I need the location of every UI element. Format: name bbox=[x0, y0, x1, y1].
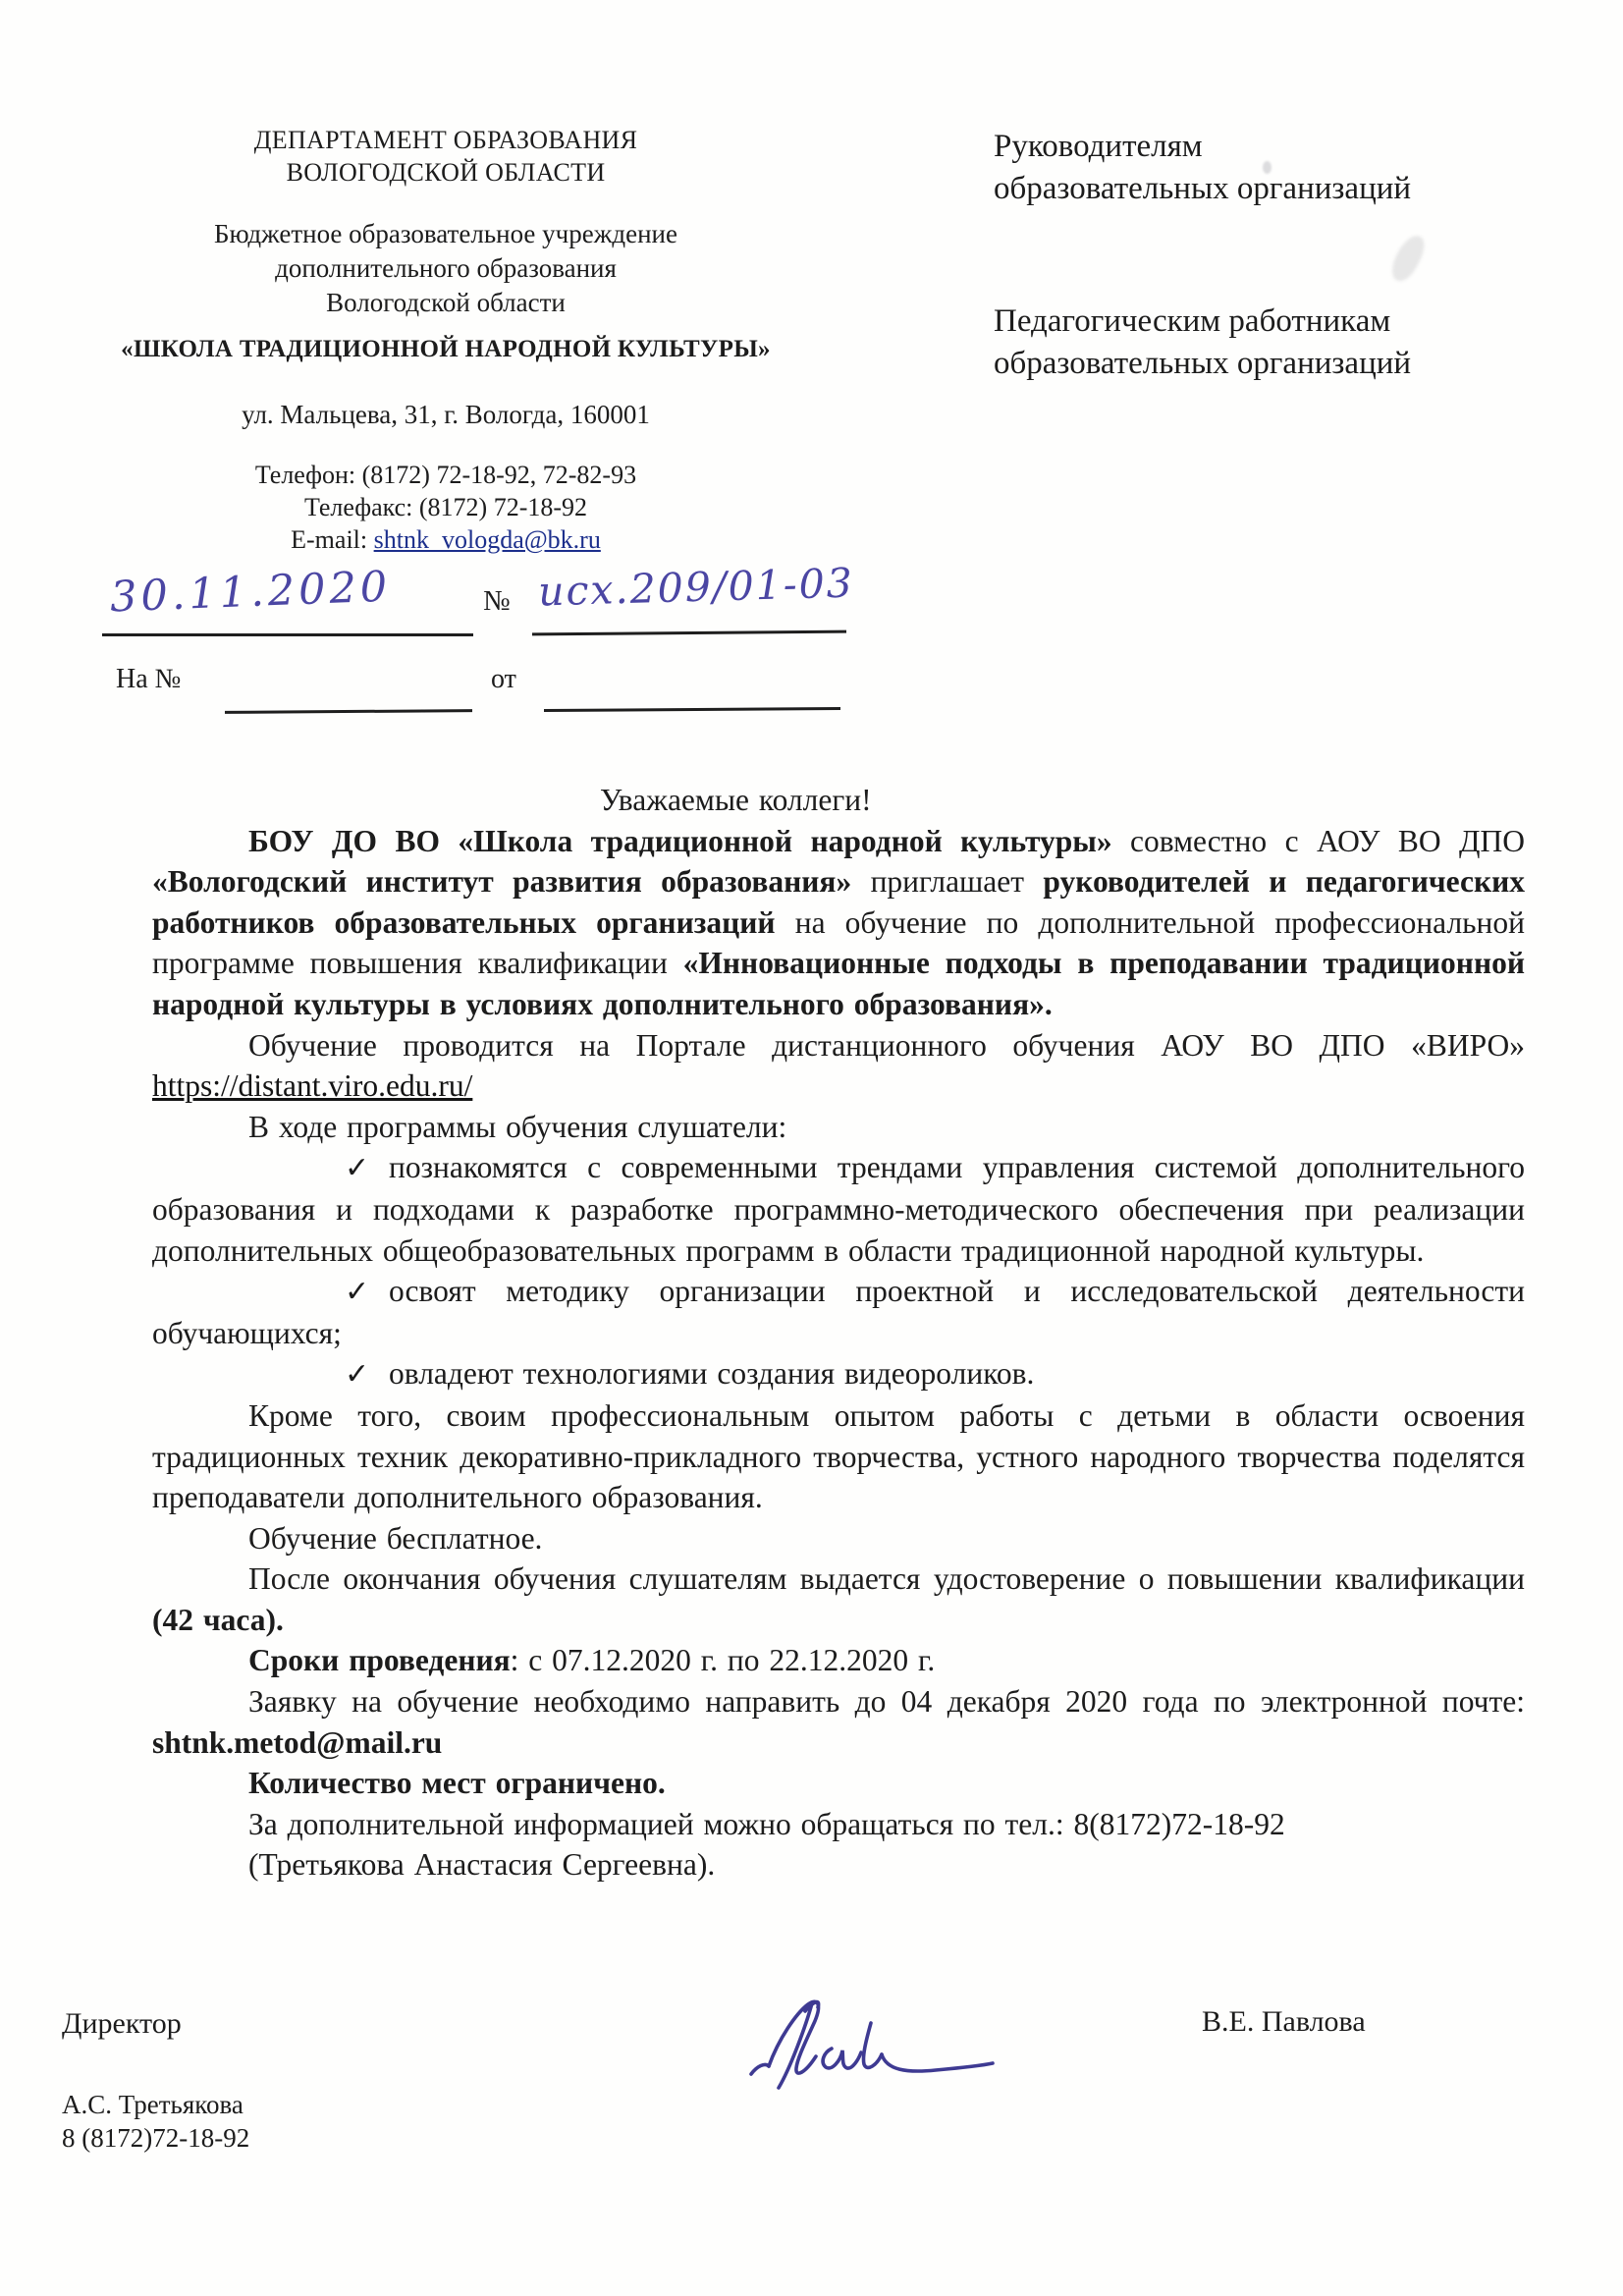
check-item-3: ✓овладеют технологиями создания видеорол… bbox=[152, 1353, 1525, 1395]
body-paragraphs: БОУ ДО ВО «Школа традиционной народной к… bbox=[152, 821, 1525, 1886]
text-run: Обучение бесплатное. bbox=[248, 1521, 542, 1556]
number-sign-label: № bbox=[483, 585, 511, 618]
text-run: овладеют технологиями создания видеороли… bbox=[389, 1356, 1034, 1391]
postal-address: ул. Мальцева, 31, г. Вологда, 160001 bbox=[83, 400, 808, 430]
check-item-1: ✓познакомятся с современными трендами уп… bbox=[152, 1147, 1525, 1271]
application-paragraph: Заявку на обучение необходимо направить … bbox=[152, 1681, 1525, 1763]
text-run: «Вологодский институт развития образован… bbox=[152, 864, 851, 899]
text-run: Количество мест ограничено. bbox=[248, 1766, 666, 1800]
text-run: : с 07.12.2020 г. по 22.12.2020 г. bbox=[511, 1643, 936, 1677]
text-run: Заявку на обучение необходимо направить … bbox=[248, 1684, 1525, 1719]
reply-number-blank-underline bbox=[225, 709, 472, 714]
signer-name: В.Е. Павлова bbox=[1202, 2005, 1366, 2039]
organization-type-line3: Вологодской области bbox=[83, 286, 808, 320]
department-name-line1: ДЕПАРТАМЕНТ ОБРАЗОВАНИЯ bbox=[83, 124, 808, 156]
recipient-group-leaders: Руководителям образовательных организаци… bbox=[994, 126, 1524, 210]
text-run: совместно с АОУ ВО ДПО bbox=[1112, 824, 1525, 858]
free-paragraph: Обучение бесплатное. bbox=[152, 1518, 1525, 1559]
info-phone-paragraph: За дополнительной информацией можно обра… bbox=[152, 1804, 1525, 1845]
text-run: За дополнительной информацией можно обра… bbox=[248, 1807, 1285, 1841]
info-contact-paragraph: (Третьякова Анастасия Сергеевна). bbox=[152, 1844, 1525, 1886]
letterhead: ДЕПАРТАМЕНТ ОБРАЗОВАНИЯ ВОЛОГОДСКОЙ ОБЛА… bbox=[83, 124, 808, 556]
organization-type-line2: дополнительного образования bbox=[83, 251, 808, 286]
salutation: Уважаемые коллеги! bbox=[600, 780, 1525, 821]
signer-position-title: Директор bbox=[62, 2007, 182, 2041]
experience-paragraph: Кроме того, своим профессиональным опыто… bbox=[152, 1395, 1525, 1518]
checkmark-icon: ✓ bbox=[248, 1148, 389, 1189]
recipients: Руководителям образовательных организаци… bbox=[994, 126, 1524, 385]
recipient-line: Педагогическим работникам bbox=[994, 301, 1524, 343]
intro-paragraph: БОУ ДО ВО «Школа традиционной народной к… bbox=[152, 821, 1525, 1025]
reply-to-label: На № bbox=[116, 664, 181, 695]
number-underline bbox=[532, 630, 846, 636]
certificate-paragraph: После окончания обучения слушателям выда… bbox=[152, 1558, 1525, 1640]
email-line: E-mail: shtnk_vologda@bk.ru bbox=[83, 523, 808, 556]
from-date-label: от bbox=[491, 664, 516, 695]
text-run: Обучение проводится на Портале дистанцио… bbox=[248, 1028, 1525, 1063]
checkmark-icon: ✓ bbox=[248, 1272, 389, 1313]
dates-paragraph: Сроки проведения: с 07.12.2020 г. по 22.… bbox=[152, 1640, 1525, 1681]
email-label: E-mail: bbox=[291, 525, 373, 554]
recipient-line: образовательных организаций bbox=[994, 168, 1524, 210]
reply-date-blank-underline bbox=[544, 707, 840, 712]
checkmark-icon: ✓ bbox=[248, 1354, 389, 1395]
portal-link[interactable]: https://distant.viro.edu.ru/ bbox=[152, 1068, 472, 1103]
recipient-line: образовательных организаций bbox=[994, 343, 1524, 385]
letter-body: Уважаемые коллеги! БОУ ДО ВО «Школа трад… bbox=[152, 780, 1525, 1886]
text-run: Кроме того, своим профессиональным опыто… bbox=[152, 1398, 1525, 1514]
contact-person-phone: 8 (8172)72-18-92 bbox=[62, 2123, 249, 2154]
school-name: «ШКОЛА ТРАДИЦИОННОЙ НАРОДНОЙ КУЛЬТУРЫ» bbox=[83, 333, 808, 366]
text-run: В ходе программы обучения слушатели: bbox=[248, 1110, 786, 1144]
outgoing-date-handwritten: 30.11.2020 bbox=[109, 563, 392, 623]
portal-paragraph: Обучение проводится на Портале дистанцио… bbox=[152, 1025, 1525, 1107]
department-name-line2: ВОЛОГОДСКОЙ ОБЛАСТИ bbox=[83, 156, 808, 189]
text-run: приглашает bbox=[851, 864, 1043, 899]
email-link[interactable]: shtnk_vologda@bk.ru bbox=[374, 525, 601, 554]
text-run: Сроки проведения bbox=[248, 1643, 511, 1677]
text-run: (42 часа). bbox=[152, 1603, 284, 1637]
letter-page: ДЕПАРТАМЕНТ ОБРАЗОВАНИЯ ВОЛОГОДСКОЙ ОБЛА… bbox=[0, 0, 1623, 2296]
program-lead-paragraph: В ходе программы обучения слушатели: bbox=[152, 1107, 1525, 1148]
application-email: shtnk.metod@mail.ru bbox=[152, 1725, 442, 1760]
outgoing-number-handwritten: исх.209/01-03 bbox=[537, 560, 854, 616]
fax-line: Телефакс: (8172) 72-18-92 bbox=[83, 491, 808, 523]
recipient-line: Руководителям bbox=[994, 126, 1524, 168]
handwritten-signature bbox=[722, 1992, 1016, 2109]
phone-line: Телефон: (8172) 72-18-92, 72-82-93 bbox=[83, 459, 808, 491]
text-run: (Третьякова Анастасия Сергеевна). bbox=[248, 1847, 715, 1882]
check-item-2: ✓освоят методику организации проектной и… bbox=[152, 1271, 1525, 1353]
recipient-group-teachers: Педагогическим работникам образовательны… bbox=[994, 301, 1524, 385]
text-run: БОУ ДО ВО «Школа традиционной народной к… bbox=[248, 824, 1112, 858]
limited-seats-paragraph: Количество мест ограничено. bbox=[152, 1763, 1525, 1804]
date-underline bbox=[102, 633, 473, 636]
contact-person-name: А.С. Третьякова bbox=[62, 2090, 243, 2120]
organization-type-line1: Бюджетное образовательное учреждение bbox=[83, 217, 808, 251]
scan-speck bbox=[1263, 161, 1271, 174]
text-run: После окончания обучения слушателям выда… bbox=[248, 1561, 1525, 1596]
